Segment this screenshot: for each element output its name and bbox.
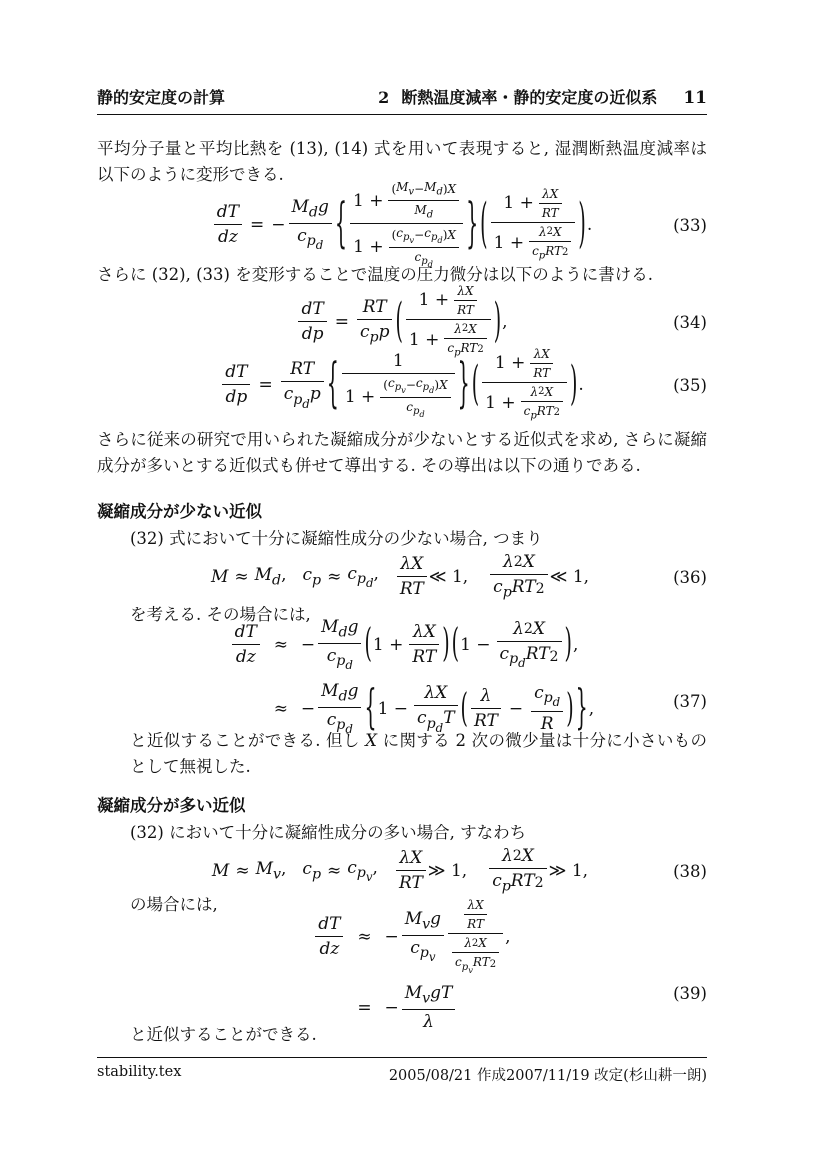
frac-num: λ2X <box>489 846 546 868</box>
right-paren: ) <box>494 299 501 346</box>
minus-sign: − <box>384 998 398 1018</box>
math-token: 1 + <box>494 233 524 254</box>
header-section: 2 断熱温度減率・静的安定度の近似系 11 <box>378 85 707 108</box>
frac-num: λ2X <box>521 385 563 401</box>
equation-number: (36) <box>673 568 707 587</box>
frac-num: dT <box>214 202 242 224</box>
equation-number: (34) <box>673 313 707 332</box>
minus-sign: − <box>384 927 398 947</box>
comma: , <box>573 635 578 655</box>
frac-num: (Mv − Md)X <box>388 180 459 200</box>
frac-small: λ2XcpRT2 <box>521 385 563 423</box>
frac-num: λX <box>464 898 487 914</box>
frac-num: λX <box>396 848 426 870</box>
frac-den: cpd <box>380 397 450 420</box>
frac-den: cpRT2 <box>529 241 571 263</box>
right-paren: ) <box>578 198 585 251</box>
group: 1 +λXRT <box>373 622 441 669</box>
frac-small: λ2XcpRT2 <box>529 225 571 263</box>
footer-filename: stability.tex <box>97 1064 181 1085</box>
approx-sign: ≈ <box>235 861 249 881</box>
equation-39: dTdz ≈ − Mvgcpv λXRT λ2XcpvRT2 , = − M <box>97 916 707 1016</box>
frac-num: RT <box>281 359 324 381</box>
frac-den: cpvRT2 <box>452 952 499 975</box>
math-token: Mv, <box>256 859 287 882</box>
frac-RT-cpdp: RTcpdp <box>281 359 324 411</box>
paragraph-many-case: (32) において十分に凝縮性成分の多い場合, すなわち <box>130 820 707 846</box>
heading-few-condensate: 凝縮成分が少ない近似 <box>97 498 707 522</box>
frac-num: 1 +(Mv − Md)XMd <box>350 180 463 223</box>
frac-num: 1 +λXRT <box>482 347 567 382</box>
frac-small: (Mv − Md)XMd <box>388 180 459 222</box>
frac-num: λ2X <box>497 619 562 641</box>
left-paren: ( <box>364 625 371 664</box>
frac-den: dz <box>315 936 343 960</box>
frac-den: λ2XcpvRT2 <box>448 933 503 975</box>
rhs: − Mvgcpv λXRT λ2XcpvRT2 , <box>383 898 510 975</box>
approx-sign: ≈ <box>327 861 341 881</box>
page-number: 11 <box>683 88 707 108</box>
equation-number: (35) <box>673 376 707 395</box>
frac-small: λXRT <box>464 898 487 932</box>
frac-num: Mdg <box>318 617 361 643</box>
left-brace: { <box>335 198 347 251</box>
frac-num: λXRT <box>448 898 503 933</box>
section-number: 2 <box>378 88 389 107</box>
frac-den: dz <box>214 224 242 248</box>
frac-den: 1 +λ2XcpRT2 <box>482 382 567 423</box>
heading-many-condensate: 凝縮成分が多い近似 <box>97 792 707 816</box>
running-title: 静的安定度の計算 <box>97 85 225 108</box>
frac-ratio: λXRT λ2XcpvRT2 <box>448 898 503 975</box>
much-less-token: ≪ 1, <box>429 567 468 587</box>
frac-small: λXRT <box>454 284 477 318</box>
frac-Mdg-cpd: Mdgcpd <box>318 617 361 673</box>
page-header: 静的安定度の計算 2 断熱温度減率・静的安定度の近似系 11 <box>97 85 707 108</box>
math-token: cp <box>302 859 321 882</box>
frac-Mdg-cpd: Mdgcpd <box>289 197 332 253</box>
frac-den: RT <box>409 644 439 668</box>
frac-num: cpd <box>531 683 563 711</box>
frac-den: cpRT2 <box>521 401 563 423</box>
right-brace: } <box>576 686 588 733</box>
math-token: 1 + <box>353 237 383 258</box>
frac-molecular: 1 +(Mv − Md)XMd 1 +(cpv − cpd)Xcpd <box>350 180 463 269</box>
frac-num: dT <box>298 299 326 321</box>
frac-num: RT <box>357 297 392 319</box>
frac-Mvg-cpv: Mvgcpv <box>402 909 444 965</box>
document-page: 静的安定度の計算 2 断熱温度減率・静的安定度の近似系 11 平均分子量と平均比… <box>0 0 826 1169</box>
frac-lambda: 1 +λXRT 1 +λ2XcpRT2 <box>491 187 576 263</box>
frac-den: cpd <box>318 643 361 673</box>
frac-lamX-RT: λXRT <box>409 622 439 669</box>
period: . <box>587 215 592 235</box>
equation-number: (33) <box>673 216 707 235</box>
equation-37-line1: dTdz ≈ − Mdgcpd ( 1 +λXRT ) ( 1 −λ2XcpdR… <box>210 617 594 673</box>
math-token: cpd, <box>347 564 379 590</box>
much-greater-token: ≫ 1, <box>428 861 467 881</box>
right-paren: ) <box>566 690 573 729</box>
frac-dT-dz: dTdz <box>214 202 242 249</box>
frac-num: Mvg <box>402 909 444 935</box>
frac-small: λ2XcpvRT2 <box>452 936 499 975</box>
frac-den: dp <box>222 384 250 408</box>
right-paren: ) <box>565 625 572 664</box>
paragraph-conclusion: と近似することができる. <box>130 1022 707 1048</box>
left-brace: { <box>364 686 376 733</box>
paragraph-few-case: (32) 式において十分に凝縮性成分の少ない場合, つまり <box>130 526 707 552</box>
equation-37-math: dTdz ≈ − Mdgcpd ( 1 +λXRT ) ( 1 −λ2XcpdR… <box>210 617 594 737</box>
footer-rule <box>97 1057 707 1058</box>
math-token: 1 + <box>503 193 533 214</box>
equation-38: M ≈ Mv, cp ≈ cpv, λXRT ≫ 1, λ2XcpRT2 ≫ 1… <box>97 848 707 894</box>
equation-39-line1: dTdz ≈ − Mvgcpv λXRT λ2XcpvRT2 , <box>293 898 510 975</box>
left-brace: { <box>327 358 339 411</box>
comma: , <box>589 699 594 719</box>
math-token: 1 + <box>485 393 515 414</box>
left-paren: ( <box>472 362 479 409</box>
equation-33: dTdz = − Mdgcpd { 1 +(Mv − Md)XMd 1 +(cp… <box>97 186 707 264</box>
frac-lamX-RT: λXRT <box>396 848 426 895</box>
frac-den: RT <box>530 363 553 381</box>
math-token: 1 + <box>345 387 375 408</box>
minus-sign: − <box>509 699 523 719</box>
frac-den: 1 +λ2XcpRT2 <box>491 222 576 263</box>
left-paren: ( <box>461 690 468 729</box>
math-token: M <box>212 861 229 881</box>
frac-num: λX <box>397 554 427 576</box>
frac-lam2X-cpdRT2: λ2XcpdRT2 <box>497 619 562 671</box>
frac-num: λ2X <box>444 322 486 338</box>
frac-small: (cpv − cpd)Xcpd <box>380 376 450 420</box>
frac-small: λXRT <box>539 187 562 221</box>
math-token: Md, <box>255 565 287 588</box>
frac-lambda: 1 +λXRT 1 +λ2XcpRT2 <box>482 347 567 423</box>
math-token: 1 + <box>353 191 383 212</box>
frac-den: cpRT2 <box>490 574 547 602</box>
equation-number: (37) <box>673 692 707 711</box>
approx-sign: ≈ <box>345 927 383 947</box>
frac-num: MvgT <box>402 983 456 1009</box>
frac-den: RT <box>396 870 426 894</box>
equation-37: dTdz ≈ − Mdgcpd ( 1 +λXRT ) ( 1 −λ2XcpdR… <box>97 628 707 726</box>
equation-33-math: dTdz = − Mdgcpd { 1 +(Mv − Md)XMd 1 +(cp… <box>212 180 592 269</box>
left-paren: ( <box>395 299 402 346</box>
frac-num: Mdg <box>289 197 332 223</box>
minus-sign: − <box>271 215 285 235</box>
frac-den: cpdp <box>281 381 324 411</box>
equation-number: (39) <box>673 984 707 1003</box>
frac-den: RT <box>397 576 427 600</box>
approx-sign: ≈ <box>234 567 248 587</box>
minus-sign: − <box>301 635 315 655</box>
page-footer: stability.tex 2005/08/21 作成2007/11/19 改定… <box>97 1064 707 1085</box>
equals-sign: = <box>345 998 383 1018</box>
equation-36-math: M ≈ Md, cp ≈ cpd, λXRT ≪ 1, λ2XcpRT2 ≪ 1… <box>211 552 593 602</box>
frac-num: λX <box>530 347 553 363</box>
minus-sign: − <box>301 699 315 719</box>
math-token: cp <box>303 565 322 588</box>
much-greater-token: ≫ 1, <box>549 861 588 881</box>
frac-lam2X-cpRT2: λ2XcpRT2 <box>489 846 546 896</box>
math-token: 1 − <box>460 635 490 655</box>
equals-sign: = <box>258 375 272 395</box>
frac-num: λX <box>414 683 458 705</box>
frac-num: λX <box>409 622 439 644</box>
equals-sign: = <box>335 312 349 332</box>
approx-sign: ≈ <box>327 567 341 587</box>
comma: , <box>505 927 510 947</box>
approx-sign: ≈ <box>262 699 300 719</box>
frac-den: cpd <box>289 223 332 253</box>
frac-dT-dz: dTdz <box>232 622 260 669</box>
right-brace: } <box>466 198 478 251</box>
rhs: − Mdgcpd ( 1 +λXRT ) ( 1 −λ2XcpdRT2 ) , <box>300 617 579 673</box>
right-paren: ) <box>570 362 577 409</box>
header-rule <box>97 114 707 115</box>
frac-den: RT <box>464 914 487 932</box>
frac-num: λX <box>539 187 562 203</box>
equation-39-math: dTdz ≈ − Mvgcpv λXRT λ2XcpvRT2 , = − M <box>293 898 510 1033</box>
frac-num: λ2X <box>529 225 571 241</box>
frac-num: λ2X <box>490 552 547 574</box>
frac-den: dz <box>232 644 260 668</box>
group: 1 −λ2XcpdRT2 <box>460 619 563 671</box>
equation-38-math: M ≈ Mv, cp ≈ cpv, λXRT ≫ 1, λ2XcpRT2 ≫ 1… <box>212 846 592 896</box>
frac-den: 1 +(cpv − cpd)Xcpd <box>342 373 455 420</box>
equation-35-math: dTdp = RTcpdp { 1 1 +(cpv − cpd)Xcpd } (… <box>220 347 584 423</box>
math-token: 1 − <box>378 699 408 719</box>
equation-35: dTdp = RTcpdp { 1 1 +(cpv − cpd)Xcpd } (… <box>97 352 707 418</box>
equals-sign: = <box>250 215 264 235</box>
math-token: 1 + <box>495 353 525 374</box>
frac-num: dT <box>232 622 260 644</box>
lhs: dTdz <box>210 622 262 669</box>
frac-small: λXRT <box>530 347 553 381</box>
left-paren: ( <box>480 198 487 251</box>
math-token: 1 + <box>419 290 449 311</box>
comma: , <box>502 312 507 332</box>
frac-den: dp <box>298 321 326 345</box>
frac-num: λX <box>454 284 477 300</box>
frac-num: dT <box>222 362 250 384</box>
paragraph-derivation: さらに従来の研究で用いられた凝縮成分が少ないとする近似式を求め, さらに凝縮成分… <box>97 427 707 479</box>
approx-sign: ≈ <box>262 635 300 655</box>
frac-num: Mdg <box>318 681 361 707</box>
frac-num: 1 <box>342 351 455 373</box>
math-token: M <box>211 567 228 587</box>
frac-num: (cpv − cpd)X <box>389 226 459 247</box>
frac-den: Md <box>388 200 459 222</box>
equation-34: dTdp = RTcpp ( 1 +λXRT 1 +λ2XcpRT2 ) , (… <box>97 292 707 352</box>
math-token: cpv, <box>347 858 378 884</box>
frac-den: cpp <box>357 319 392 347</box>
left-paren: ( <box>452 625 459 664</box>
frac-lamX-RT: λXRT <box>397 554 427 601</box>
much-less-token: ≪ 1, <box>550 567 589 587</box>
frac-den: cpv <box>402 935 444 965</box>
frac-num: (cpv − cpd)X <box>380 376 450 397</box>
frac-num: dT <box>315 914 343 936</box>
frac-RT-cpp: RTcpp <box>357 297 392 347</box>
period: . <box>578 375 583 395</box>
lhs: dTdz <box>293 914 345 961</box>
frac-num: 1 +λXRT <box>491 187 576 222</box>
frac-den: cpdRT2 <box>497 641 562 671</box>
right-brace: } <box>458 358 470 411</box>
paragraph-approx-note: と近似することができる. 但し X に関する 2 次の微少量は十分に小さいものと… <box>130 728 707 780</box>
frac-num: λ2X <box>452 936 499 952</box>
frac-dT-dz: dTdz <box>315 914 343 961</box>
right-paren: ) <box>442 625 449 664</box>
frac-num: λ <box>471 686 501 708</box>
equation-36: M ≈ Md, cp ≈ cpd, λXRT ≪ 1, λ2XcpRT2 ≪ 1… <box>97 554 707 600</box>
frac-lam-RT: λRT <box>471 686 501 733</box>
frac-num: 1 +λXRT <box>406 284 491 319</box>
frac-dT-dp: dTdp <box>298 299 326 346</box>
equation-number: (38) <box>673 862 707 881</box>
math-token: 1 + <box>373 635 403 655</box>
frac-lam2X-cpRT2: λ2XcpRT2 <box>490 552 547 602</box>
section-title: 断熱温度減率・静的安定度の近似系 <box>401 85 657 108</box>
frac-dT-dp: dTdp <box>222 362 250 409</box>
footer-revision: 2005/08/21 作成2007/11/19 改定(杉山耕一朗) <box>389 1064 707 1085</box>
frac-heat: 1 1 +(cpv − cpd)Xcpd <box>342 351 455 420</box>
frac-den: RT <box>454 300 477 318</box>
frac-den: RT <box>539 203 562 221</box>
